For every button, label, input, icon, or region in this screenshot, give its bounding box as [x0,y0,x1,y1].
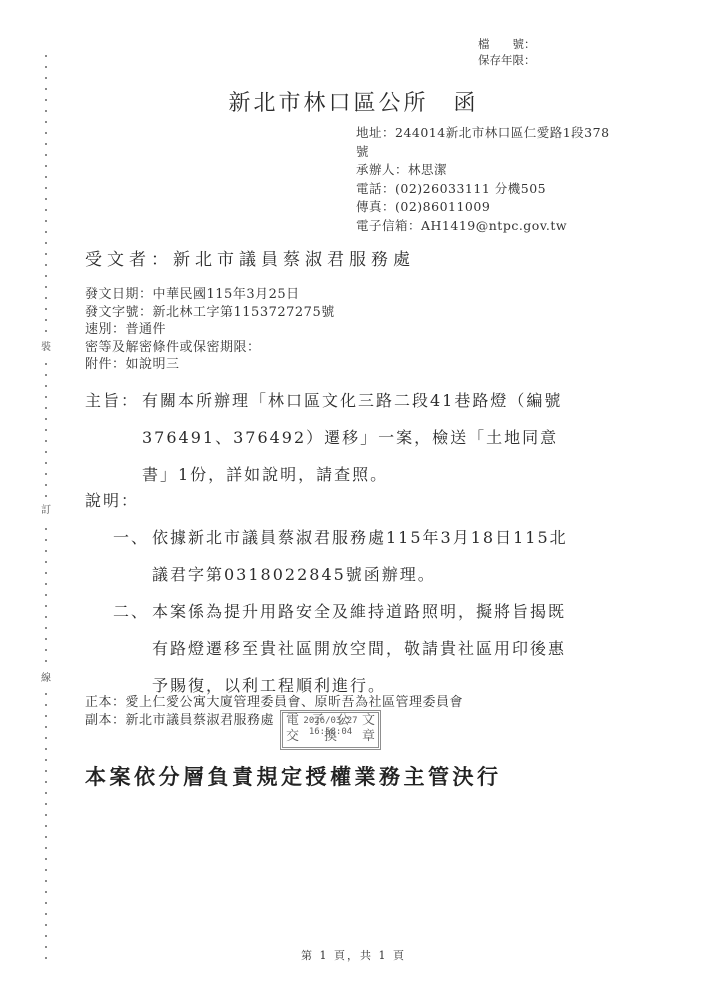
subject-text: 有關本所辦理「林口區文化三路二段41巷路燈（編號376491、376492）遷移… [142,382,574,493]
retention-period-label: 保存年限： [478,53,536,69]
sender-email: 電子信箱：AH1419@ntpc.gov.tw [356,217,610,236]
description-item-1-number: 一、 [113,519,152,593]
recipient-line: 受文者：新北市議員蔡淑君服務處 [85,245,415,270]
description-item-2-text: 本案係為提升用路安全及維持道路照明，擬將旨揭既有路燈遷移至貴社區開放空間，敬請貴… [152,593,572,704]
description-item-2-number: 二、 [113,593,152,704]
description-section: 說明： 一、 依據新北市議員蔡淑君服務處115年3月18日115北議君字第031… [85,482,572,704]
duplicate-copy-line: 副本：新北市議員蔡淑君服務處 [85,712,463,730]
document-title: 新北市林口區公所 函 [0,86,707,117]
decision-authorization-line: 本案依分層負責規定授權業務主管決行 [85,761,502,791]
priority: 速別：普通件 [85,321,335,339]
file-number-label: 檔 號： [478,37,536,53]
binding-mark-zhuang: 裝 [40,340,52,356]
binding-mark-ding: 訂 [40,503,52,519]
subject-label: 主旨： [85,382,142,493]
sender-address-line2: 號 [356,143,610,162]
stamp-border: 電子公文 交換章 2026/03/27 16:58:04 [282,712,379,748]
official-letter-page: 裝 訂 線 檔 號： 保存年限： 新北市林口區公所 函 地址：244014新北市… [0,0,707,1000]
sender-phone: 電話：(02)26033111 分機505 [356,180,610,199]
sender-info-block: 地址：244014新北市林口區仁愛路1段378 號 承辦人：林思潔 電話：(02… [356,124,610,235]
sender-address-line1: 地址：244014新北市林口區仁愛路1段378 [356,124,610,143]
stamp-date: 2026/03/27 [283,716,378,727]
stamp-time: 16:58:04 [283,727,378,738]
electronic-exchange-stamp: 電子公文 交換章 2026/03/27 16:58:04 [280,710,381,750]
binding-mark-xian: 線 [40,671,52,687]
stamp-datetime: 2026/03/27 16:58:04 [283,713,378,738]
subject-section: 主旨： 有關本所辦理「林口區文化三路二段41巷路燈（編號376491、37649… [85,382,574,493]
sender-fax: 傳真：(02)86011009 [356,198,610,217]
issue-number: 發文字號：新北林工字第1153727275號 [85,304,335,322]
sender-contact-person: 承辦人：林思潔 [356,161,610,180]
description-item-1-text: 依據新北市議員蔡淑君服務處115年3月18日115北議君字第0318022845… [152,519,572,593]
copies-block: 正本：愛上仁愛公寓大廈管理委員會、原昕吾為社區管理委員會 副本：新北市議員蔡淑君… [85,694,463,729]
original-copy-line: 正本：愛上仁愛公寓大廈管理委員會、原昕吾為社區管理委員會 [85,694,463,712]
description-item-2: 二、 本案係為提升用路安全及維持道路照明，擬將旨揭既有路燈遷移至貴社區開放空間，… [113,593,572,704]
classification: 密等及解密條件或保密期限： [85,339,335,357]
issue-meta-block: 發文日期：中華民國115年3月25日 發文字號：新北林工字第1153727275… [85,286,335,374]
page-number-footer: 第 1 頁，共 1 頁 [0,947,707,963]
issue-date: 發文日期：中華民國115年3月25日 [85,286,335,304]
description-label: 說明： [85,482,572,519]
attachment: 附件：如說明三 [85,356,335,374]
description-item-1: 一、 依據新北市議員蔡淑君服務處115年3月18日115北議君字第0318022… [113,519,572,593]
archive-label-block: 檔 號： 保存年限： [478,37,536,68]
